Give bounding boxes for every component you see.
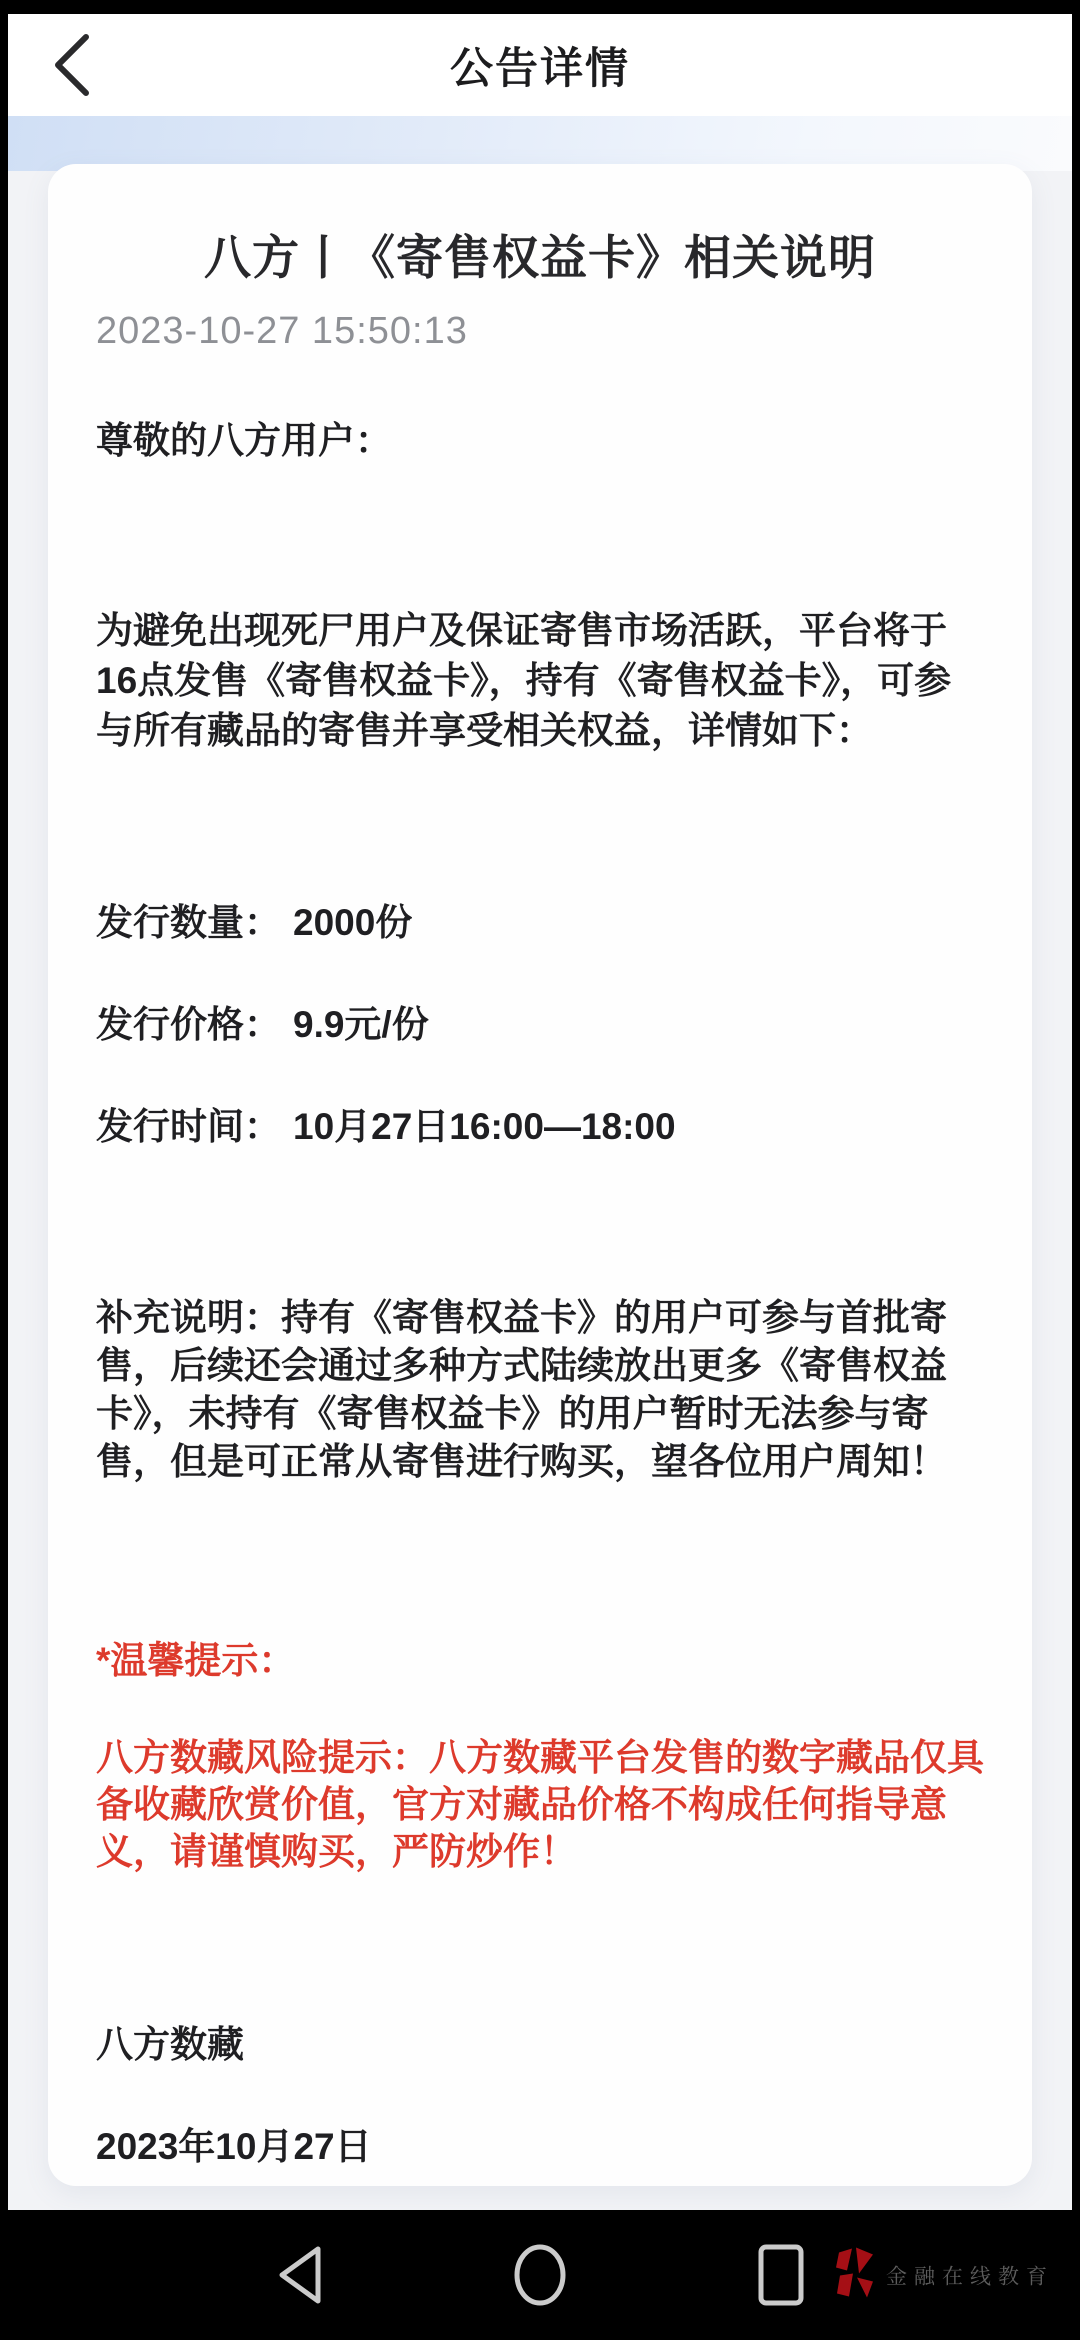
signature-text: 八方数藏: [96, 2020, 984, 2070]
status-bar: [0, 0, 1080, 14]
issue-time-label: 发行时间：: [96, 1106, 281, 1147]
watermark-logo-icon: [834, 2246, 876, 2305]
top-app-bar: 公告详情: [8, 14, 1072, 116]
announcement-timestamp: 2023-10-27 15:50:13: [96, 308, 984, 354]
issue-price-label: 发行价格：: [96, 1004, 281, 1045]
issue-quantity-label: 发行数量：: [96, 902, 281, 943]
signature-date: 2023年10月27日: [96, 2122, 984, 2172]
salutation-text: 尊敬的八方用户：: [96, 416, 984, 466]
watermark-text: 金融在线教育: [886, 2260, 1054, 2290]
intro-paragraph: 为避免出现死尸用户及保证寄售市场活跃，平台将于16点发售《寄售权益卡》，持有《寄…: [96, 606, 984, 756]
announcement-card: 八方丨《寄售权益卡》相关说明 2023-10-27 15:50:13 尊敬的八方…: [48, 164, 1032, 2186]
supplement-paragraph: 补充说明：持有《寄售权益卡》的用户可参与首批寄售，后续还会通过多种方式陆续放出更…: [96, 1294, 984, 1486]
issue-time-row: 发行时间：10月27日16:00—18:00: [96, 1102, 984, 1152]
issue-price-value: 9.9元/份: [293, 1004, 429, 1045]
app-screen: 公告详情 八方丨《寄售权益卡》相关说明 2023-10-27 15:50:13 …: [8, 14, 1072, 2210]
warm-tip-label: *温馨提示：: [96, 1636, 984, 1686]
watermark: 金融在线教育: [834, 2246, 1054, 2305]
issue-quantity-row: 发行数量：2000份: [96, 898, 984, 948]
page-title: 公告详情: [8, 14, 1072, 116]
nav-back-icon[interactable]: [268, 2242, 330, 2308]
announcement-scroll-area[interactable]: 八方丨《寄售权益卡》相关说明 2023-10-27 15:50:13 尊敬的八方…: [8, 116, 1072, 2210]
issue-price-row: 发行价格：9.9元/份: [96, 1000, 984, 1050]
android-navigation-bar: 金融在线教育: [0, 2210, 1080, 2340]
nav-recents-icon[interactable]: [750, 2242, 812, 2308]
nav-home-icon[interactable]: [509, 2242, 571, 2308]
issue-time-value: 10月27日16:00—18:00: [293, 1106, 676, 1147]
risk-warning-paragraph: 八方数藏风险提示：八方数藏平台发售的数字藏品仅具备收藏欣赏价值，官方对藏品价格不…: [96, 1734, 984, 1875]
announcement-title: 八方丨《寄售权益卡》相关说明: [96, 222, 984, 294]
issue-quantity-value: 2000份: [293, 902, 412, 943]
